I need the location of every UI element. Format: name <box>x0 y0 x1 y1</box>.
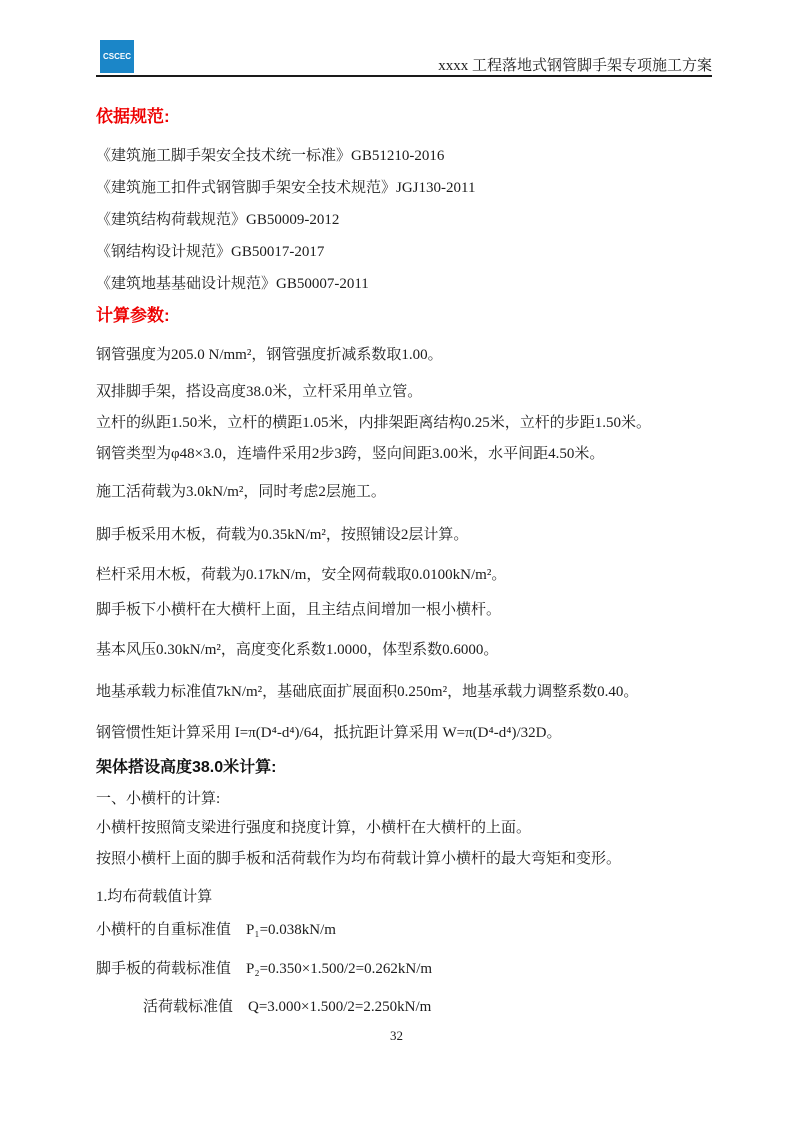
regulation-item: 《建筑地基基础设计规范》GB50007-2011 <box>96 274 369 295</box>
page-number: 32 <box>0 1028 793 1044</box>
parameter-paragraph: 基本风压0.30kN/m²，高度变化系数1.0000，体型系数0.6000。 <box>96 640 498 661</box>
parameter-paragraph: 地基承载力标准值7kN/m²，基础底面扩展面积0.250m²，地基承载力调整系数… <box>96 682 638 703</box>
formula-row: 脚手板的荷载标准值 P₂=0.350×1.500/2=0.262kN/m <box>96 959 432 980</box>
regulation-item: 《建筑施工扣件式钢管脚手架安全技术规范》JGJ130-2011 <box>96 178 475 199</box>
formula-value: Q=3.000×1.500/2=2.250kN/m <box>248 997 431 1018</box>
regulation-item: 《建筑结构荷载规范》GB50009-2012 <box>96 210 339 231</box>
calculation-line: 一、小横杆的计算: <box>96 789 220 810</box>
parameter-paragraph: 钢管惯性矩计算采用 I=π(D⁴-d⁴)/64，抵抗距计算采用 W=π(D⁴-d… <box>96 723 561 744</box>
parameter-paragraph: 立杆的纵距1.50米，立杆的横距1.05米，内排架距离结构0.25米，立杆的步距… <box>96 413 651 434</box>
formula-row: 活荷载标准值 Q=3.000×1.500/2=2.250kN/m <box>143 997 431 1018</box>
parameter-paragraph: 脚手板采用木板，荷载为0.35kN/m²，按照铺设2层计算。 <box>96 525 468 546</box>
document-page: CSCEC xxxx 工程落地式钢管脚手架专项施工方案 依据规范: 《建筑施工脚… <box>0 0 793 1122</box>
parameter-paragraph: 栏杆采用木板，荷载为0.17kN/m，安全网荷载取0.0100kN/m²。 <box>96 565 506 586</box>
parameter-paragraph: 施工活荷载为3.0kN/m²，同时考虑2层施工。 <box>96 482 386 503</box>
document-header-title: xxxx 工程落地式钢管脚手架专项施工方案 <box>438 54 712 75</box>
formula-label: 小横杆的自重标准值 <box>96 920 231 941</box>
formula-row: 小横杆的自重标准值 P₁=0.038kN/m <box>96 920 336 941</box>
cscec-logo-icon: CSCEC <box>100 40 134 73</box>
section-heading-regulations: 依据规范: <box>96 106 170 127</box>
header-divider <box>96 75 712 77</box>
regulation-item: 《建筑施工脚手架安全技术统一标准》GB51210-2016 <box>96 146 444 167</box>
formula-label: 活荷载标准值 <box>143 997 233 1018</box>
formula-value: P₂=0.350×1.500/2=0.262kN/m <box>246 959 432 980</box>
section-heading-parameters: 计算参数: <box>96 305 170 326</box>
parameter-paragraph: 钢管强度为205.0 N/mm²，钢管强度折减系数取1.00。 <box>96 345 443 366</box>
parameter-paragraph: 脚手板下小横杆在大横杆上面，且主结点间增加一根小横杆。 <box>96 600 501 621</box>
parameter-paragraph: 钢管类型为φ48×3.0，连墙件采用2步3跨，竖向间距3.00米，水平间距4.5… <box>96 444 604 465</box>
formula-value: P₁=0.038kN/m <box>246 920 336 941</box>
calculation-line: 小横杆按照简支梁进行强度和挠度计算，小横杆在大横杆的上面。 <box>96 818 531 839</box>
parameter-paragraph: 双排脚手架，搭设高度38.0米，立杆采用单立管。 <box>96 382 422 403</box>
section-heading-calculation: 架体搭设高度38.0米计算: <box>96 757 276 778</box>
calculation-line: 1.均布荷载值计算 <box>96 887 212 908</box>
regulation-item: 《钢结构设计规范》GB50017-2017 <box>96 242 324 263</box>
calculation-line: 按照小横杆上面的脚手板和活荷载作为均布荷载计算小横杆的最大弯矩和变形。 <box>96 849 621 870</box>
formula-label: 脚手板的荷载标准值 <box>96 959 231 980</box>
